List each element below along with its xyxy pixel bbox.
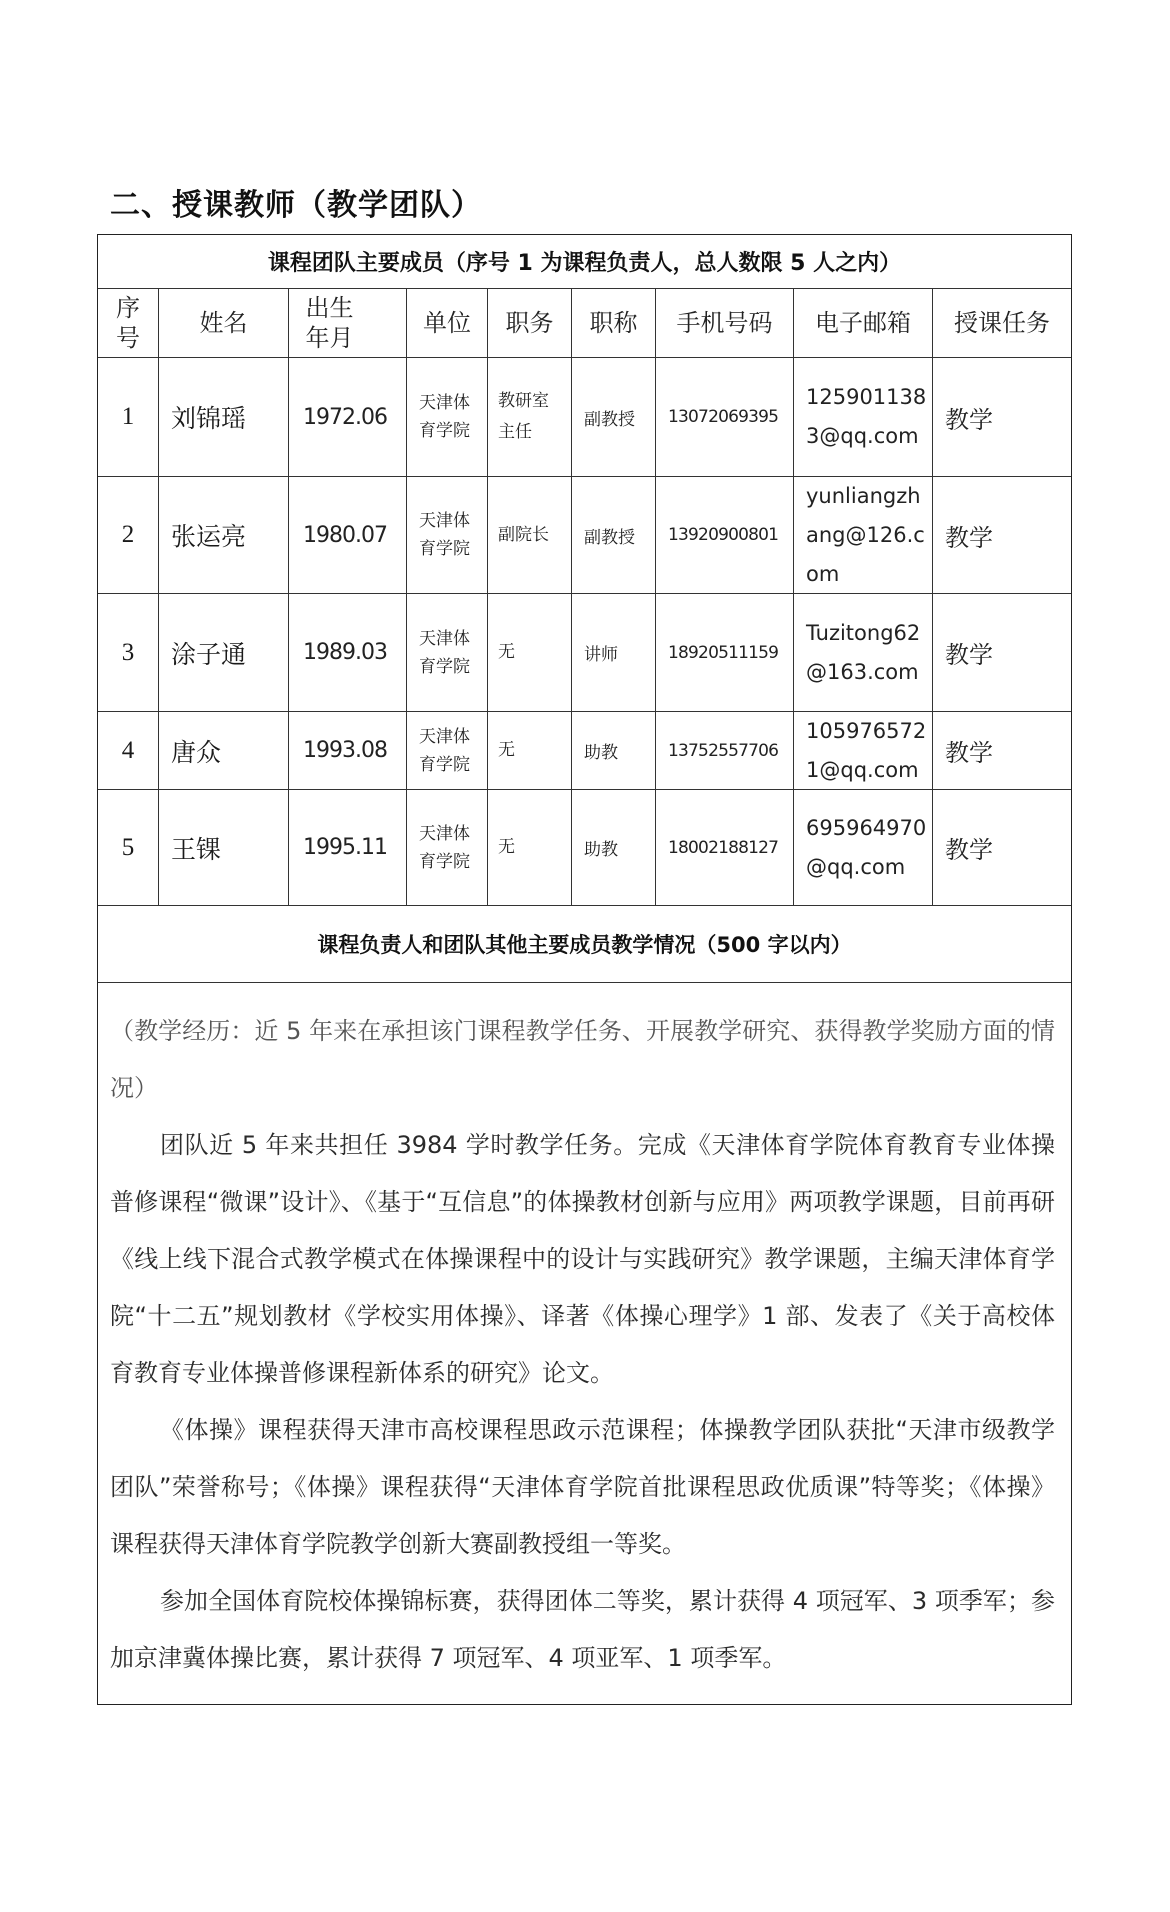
row-1-rank: 副教授: [572, 358, 656, 477]
teaching-paragraph-2: 《体操》课程获得天津市高校课程思政示范课程；体操教学团队获批“天津市级教学团队”…: [110, 1402, 1055, 1573]
header-task: 授课任务: [933, 289, 1071, 358]
row-2-post: 副院长: [488, 477, 572, 594]
header-name: 姓名: [159, 289, 289, 358]
header-email: 电子邮箱: [794, 289, 933, 358]
row-3-unit: 天津体育学院: [407, 594, 488, 712]
row-2-seq: 2: [98, 477, 159, 594]
header-birth: 出生年月: [289, 289, 407, 358]
row-2-name: 张运亮: [159, 477, 289, 594]
row-4-task: 教学: [933, 712, 1071, 790]
row-5-seq: 5: [98, 790, 159, 906]
row-1-birth: 1972.06: [289, 358, 407, 477]
row-2-birth: 1980.07: [289, 477, 407, 594]
row-3-task: 教学: [933, 594, 1071, 712]
row-3-email: Tuzitong62@163.com: [794, 594, 933, 712]
row-5-rank: 助教: [572, 790, 656, 906]
row-5-post: 无: [488, 790, 572, 906]
header-rank: 职称: [572, 289, 656, 358]
row-2-task: 教学: [933, 477, 1071, 594]
teaching-paragraph-1: 团队近 5 年来共担任 3984 学时教学任务。完成《天津体育学院体育教育专业体…: [110, 1117, 1055, 1402]
row-4-seq: 4: [98, 712, 159, 790]
team-table: 课程团队主要成员（序号 1 为课程负责人，总人数限 5 人之内） 序号 姓名 出…: [97, 234, 1072, 1705]
header-unit: 单位: [407, 289, 488, 358]
row-5-birth: 1995.11: [289, 790, 407, 906]
row-1-email: 1259011383@qq.com: [794, 358, 933, 477]
teaching-section-heading: 课程负责人和团队其他主要成员教学情况（500 字以内）: [98, 906, 1071, 983]
teaching-note: （教学经历：近 5 年来在承担该门课程教学任务、开展教学研究、获得教学奖励方面的…: [110, 1003, 1055, 1117]
row-1-task: 教学: [933, 358, 1071, 477]
row-5-unit: 天津体育学院: [407, 790, 488, 906]
row-4-birth: 1993.08: [289, 712, 407, 790]
row-2-email: yunliangzhang@126.com: [794, 477, 933, 594]
row-4-rank: 助教: [572, 712, 656, 790]
row-4-phone: 13752557706: [656, 712, 794, 790]
row-1-seq: 1: [98, 358, 159, 477]
row-5-email: 695964970@qq.com: [794, 790, 933, 906]
row-5-task: 教学: [933, 790, 1071, 906]
teaching-section-body: （教学经历：近 5 年来在承担该门课程教学任务、开展教学研究、获得教学奖励方面的…: [98, 983, 1071, 1687]
row-1-post: 教研室主任: [488, 358, 572, 477]
row-3-seq: 3: [98, 594, 159, 712]
header-seq: 序号: [98, 289, 159, 358]
table-caption: 课程团队主要成员（序号 1 为课程负责人，总人数限 5 人之内）: [98, 235, 1071, 289]
row-2-rank: 副教授: [572, 477, 656, 594]
row-1-phone: 13072069395: [656, 358, 794, 477]
row-5-name: 王锞: [159, 790, 289, 906]
row-3-rank: 讲师: [572, 594, 656, 712]
row-4-post: 无: [488, 712, 572, 790]
row-3-name: 涂子通: [159, 594, 289, 712]
row-5-phone: 18002188127: [656, 790, 794, 906]
row-4-email: 1059765721@qq.com: [794, 712, 933, 790]
row-3-post: 无: [488, 594, 572, 712]
row-3-phone: 18920511159: [656, 594, 794, 712]
row-1-unit: 天津体育学院: [407, 358, 488, 477]
section-title: 二、授课教师（教学团队）: [110, 180, 482, 224]
header-phone: 手机号码: [656, 289, 794, 358]
row-2-phone: 13920900801: [656, 477, 794, 594]
row-1-name: 刘锦瑶: [159, 358, 289, 477]
teaching-paragraph-3: 参加全国体育院校体操锦标赛，获得团体二等奖，累计获得 4 项冠军、3 项季军；参…: [110, 1573, 1055, 1687]
row-3-birth: 1989.03: [289, 594, 407, 712]
header-post: 职务: [488, 289, 572, 358]
row-2-unit: 天津体育学院: [407, 477, 488, 594]
row-4-name: 唐众: [159, 712, 289, 790]
row-4-unit: 天津体育学院: [407, 712, 488, 790]
